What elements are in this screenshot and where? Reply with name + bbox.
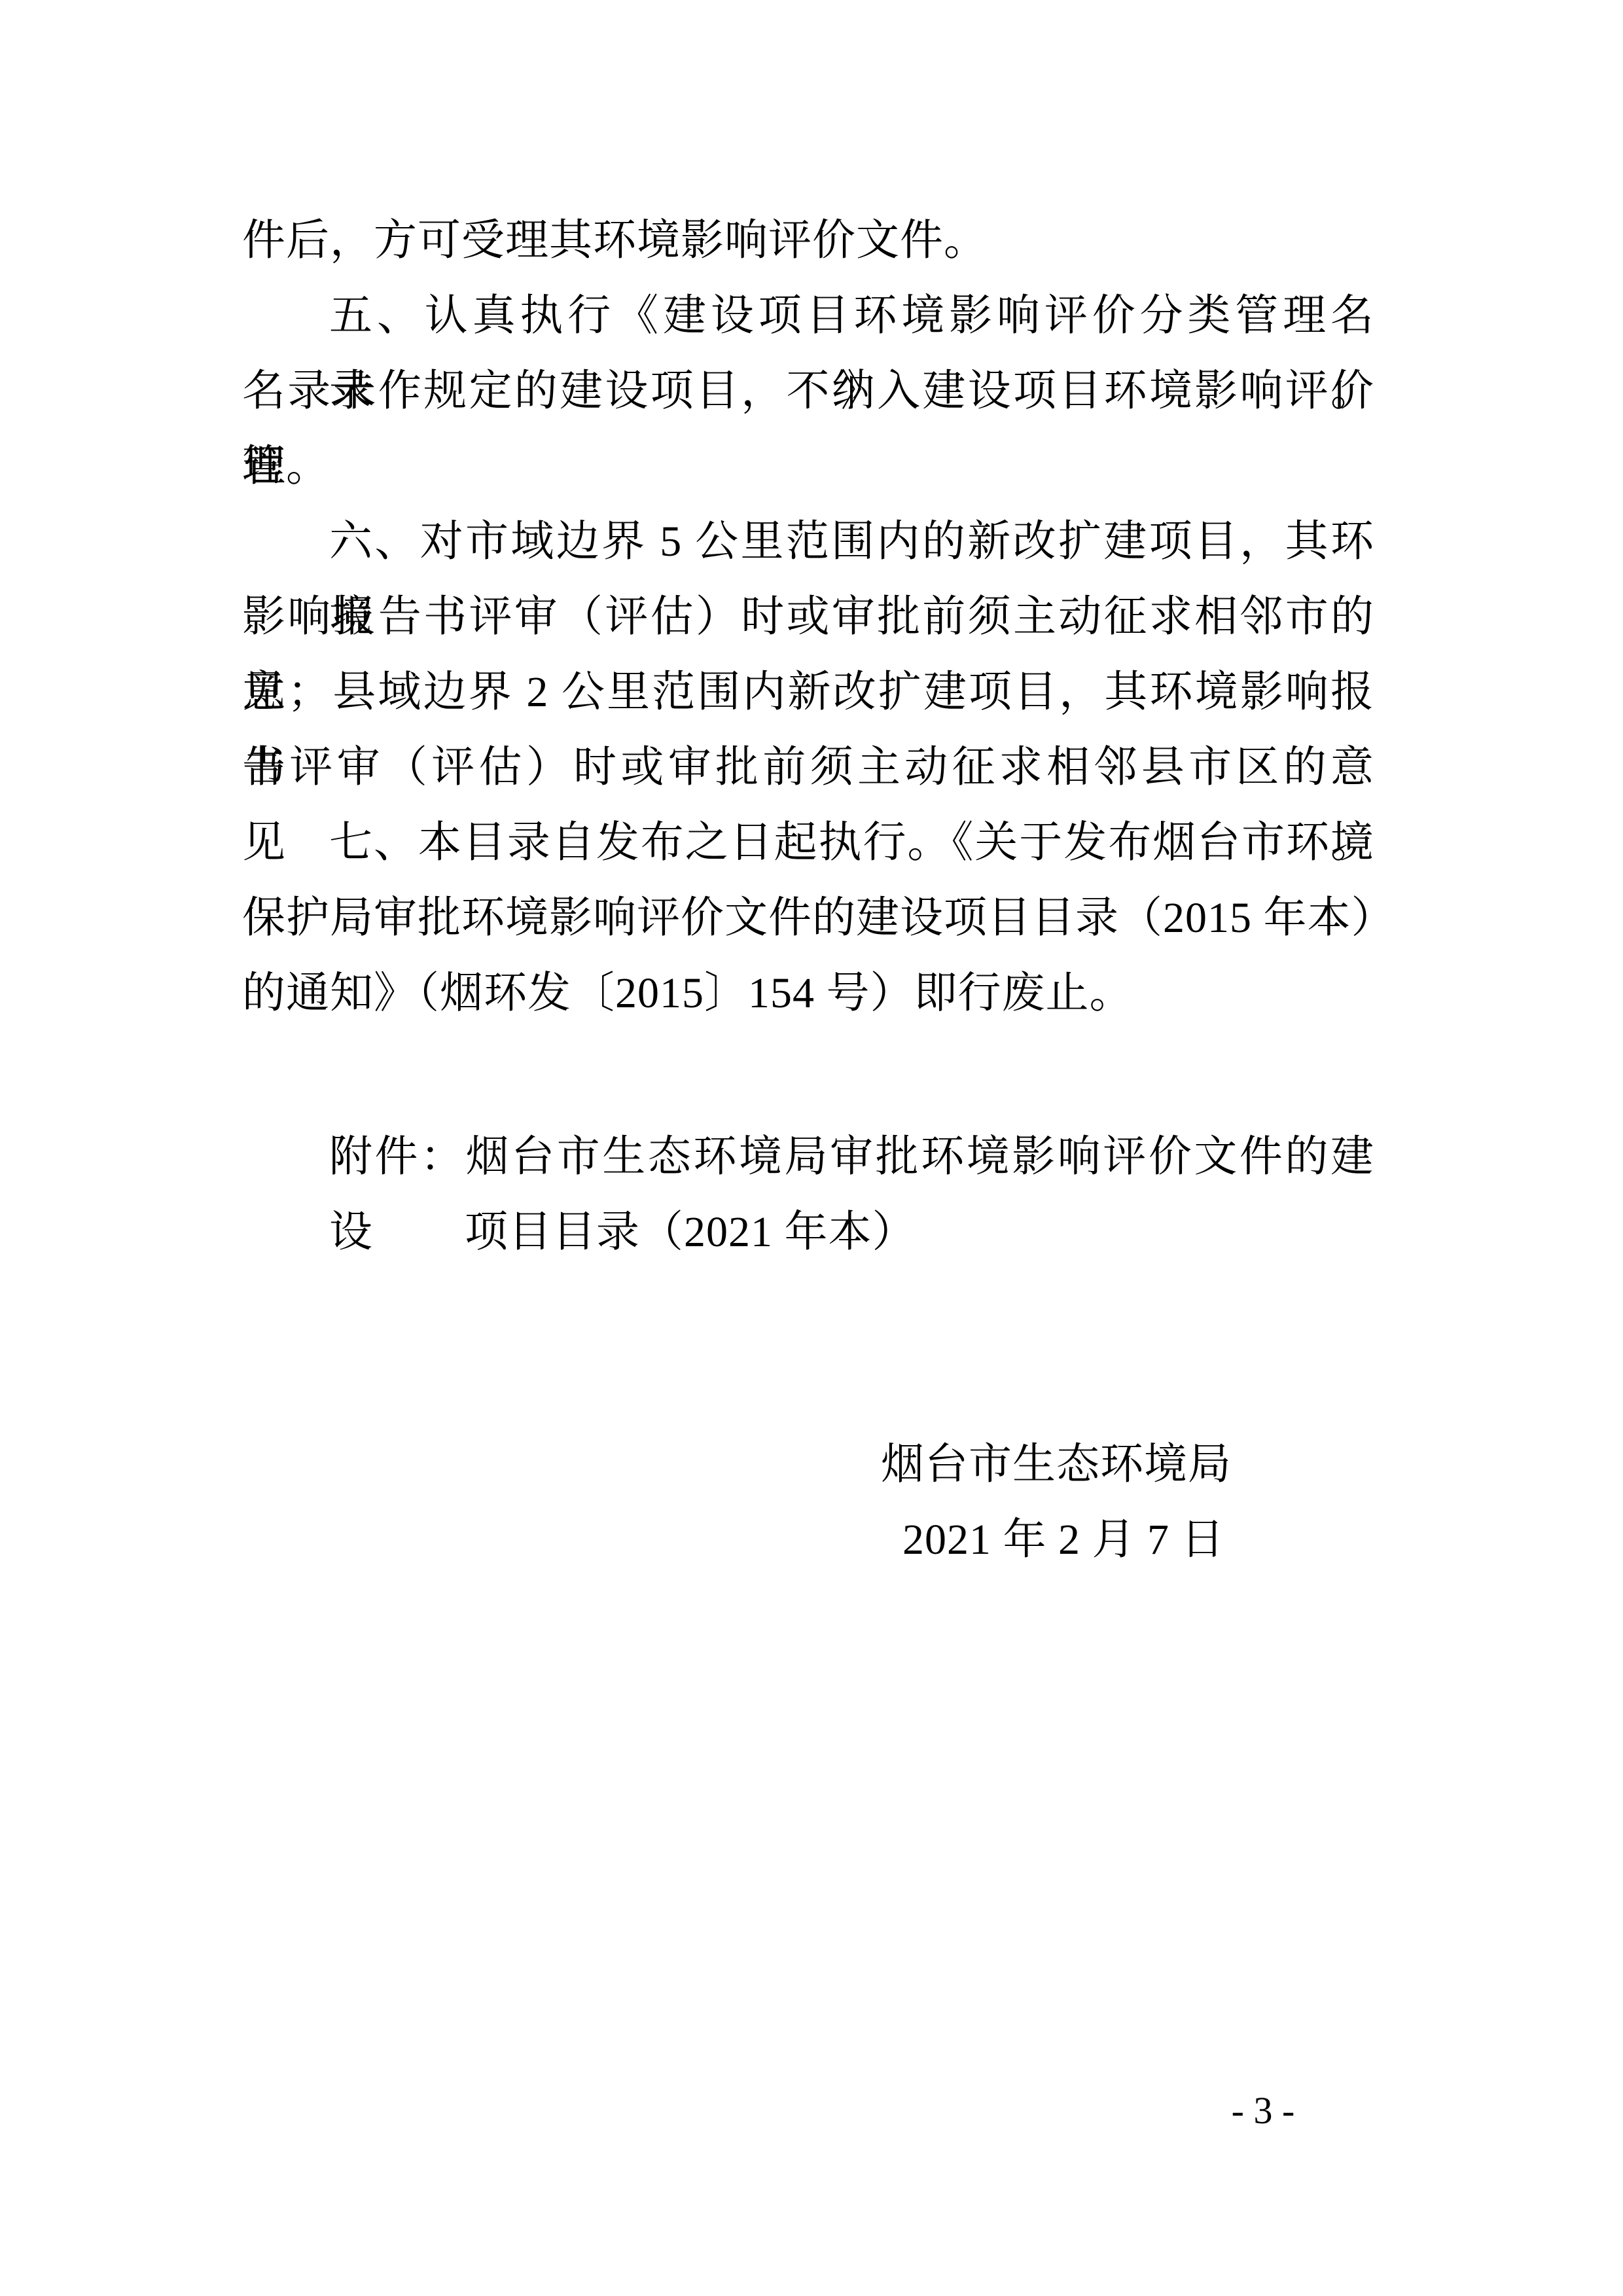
blank-line-spacer xyxy=(242,1031,1374,1119)
blank-line-spacer xyxy=(242,1270,1374,1427)
body-line: 名录未作规定的建设项目，不纳入建设项目环境影响评价管 xyxy=(242,353,1374,429)
body-line: 的通知》（烟环发〔2015〕154 号）即行废止。 xyxy=(242,956,1374,1031)
attachment-line: 附件：烟台市生态环境局审批环境影响评价文件的建设 xyxy=(242,1119,1374,1194)
body-line: 见；县域边界 2 公里范围内新改扩建项目，其环境影响报告 xyxy=(242,655,1374,730)
signature-date: 2021 年 2 月 7 日 xyxy=(902,1502,1374,1577)
body-line-item-seven: 七、本目录自发布之日起执行。《关于发布烟台市环境 xyxy=(242,805,1374,880)
document-page: 件后，方可受理其环境影响评价文件。 五、认真执行《建设项目环境影响评价分类管理名… xyxy=(0,0,1623,2296)
signature-issuer: 烟台市生态环境局 xyxy=(881,1427,1374,1502)
document-body: 件后，方可受理其环境影响评价文件。 五、认真执行《建设项目环境影响评价分类管理名… xyxy=(242,203,1374,1577)
body-line: 件后，方可受理其环境影响评价文件。 xyxy=(242,203,1374,278)
page-number: - 3 - xyxy=(1211,2081,1315,2140)
body-line-item-six: 六、对市域边界 5 公里范围内的新改扩建项目，其环境 xyxy=(242,504,1374,579)
body-line: 保护局审批环境影响评价文件的建设项目目录（2015 年本） xyxy=(242,880,1374,956)
attachment-line: 项目目录（2021 年本） xyxy=(242,1194,1374,1270)
body-line-item-five: 五、认真执行《建设项目环境影响评价分类管理名录》。 xyxy=(242,278,1374,353)
body-line: 书评审（评估）时或审批前须主动征求相邻县市区的意见。 xyxy=(242,730,1374,805)
body-line: 理。 xyxy=(242,429,1374,504)
body-line: 影响报告书评审（评估）时或审批前须主动征求相邻市的意 xyxy=(242,579,1374,655)
